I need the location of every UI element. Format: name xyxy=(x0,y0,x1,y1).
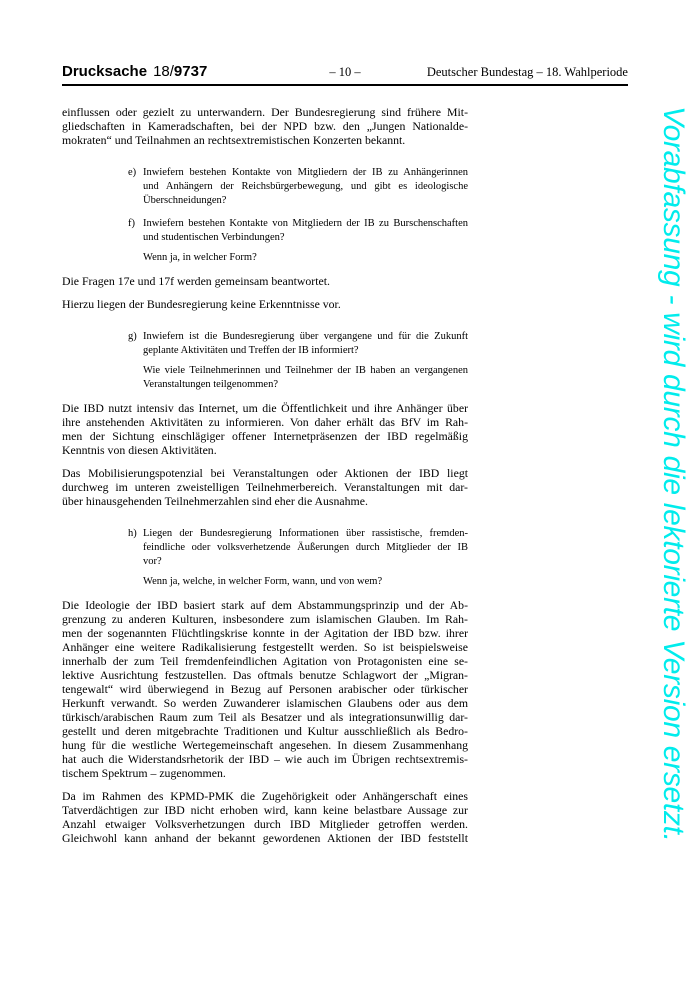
text-line: Wenn ja, in welcher Form? xyxy=(143,251,468,265)
question-body: Liegen der Bundesregierung Informationen… xyxy=(143,527,468,589)
text-line: vor? xyxy=(143,555,468,569)
question-paragraph: Liegen der Bundesregierung Informationen… xyxy=(143,527,468,569)
text-line: Kenntnis von diesen Aktivitäten. xyxy=(62,443,468,457)
text-line: geplante Aktivitäten und Treffen der IB … xyxy=(143,344,468,358)
document-page: Drucksache18/9737 – 10 – Deutscher Bunde… xyxy=(0,0,700,990)
body-paragraph: einflussen oder gezielt zu unterwandern.… xyxy=(62,105,468,147)
text-line: Die IBD nutzt intensiv das Internet, um … xyxy=(62,401,468,415)
question-paragraph: Inwiefern bestehen Kontakte von Mitglied… xyxy=(143,217,468,245)
text-line: Herkunft verwandt. So werden Zuwanderer … xyxy=(62,696,468,710)
text-line: Hierzu liegen der Bundesregierung keine … xyxy=(62,297,468,311)
question-paragraph: Wenn ja, in welcher Form? xyxy=(143,251,468,265)
text-line: feindliche oder volksverhetzende Äußerun… xyxy=(143,541,468,555)
question-paragraph: Inwiefern ist die Bundesregierung über v… xyxy=(143,330,468,358)
page-header: Drucksache18/9737 – 10 – Deutscher Bunde… xyxy=(62,62,628,86)
question-label: e) xyxy=(128,166,143,208)
document-body: einflussen oder gezielt zu unterwandern.… xyxy=(62,105,468,854)
text-line: Überschneidungen? xyxy=(143,194,468,208)
text-line: Inwiefern ist die Bundesregierung über v… xyxy=(143,330,468,344)
body-paragraph: Da im Rahmen des KPMD-PMK die Zugehörigk… xyxy=(62,789,468,845)
text-line: gestellt und deren mitgebrachte Traditio… xyxy=(62,724,468,738)
text-line: Die Fragen 17e und 17f werden gemeinsam … xyxy=(62,274,468,288)
text-line: durchweg im unteren zweistelligen Teilne… xyxy=(62,480,468,494)
text-line: Da im Rahmen des KPMD-PMK die Zugehörigk… xyxy=(62,789,468,803)
body-paragraph: Die Fragen 17e und 17f werden gemeinsam … xyxy=(62,274,468,288)
question-body: Inwiefern ist die Bundesregierung über v… xyxy=(143,330,468,392)
question-label: g) xyxy=(128,330,143,392)
text-line: Wie viele Teilnehmerinnen und Teilnehmer… xyxy=(143,364,468,378)
text-line: Das Mobilisierungspotenzial bei Veransta… xyxy=(62,466,468,480)
text-line: Anhänger eine weitere Radikalisierung fe… xyxy=(62,640,468,654)
text-line: innerhalb der zum Teil fremdenfeindliche… xyxy=(62,654,468,668)
text-line: einflussen oder gezielt zu unterwandern.… xyxy=(62,105,468,119)
text-line: men der Sichtung einschlägiger offener I… xyxy=(62,429,468,443)
text-line: türkisch/arabischen Raum zum Teil als Be… xyxy=(62,710,468,724)
question-body: Inwiefern bestehen Kontakte von Mitglied… xyxy=(143,217,468,265)
question-paragraph: Wie viele Teilnehmerinnen und Teilnehmer… xyxy=(143,364,468,392)
text-line: über hinausgehenden Teilnehmerzahlen sin… xyxy=(62,494,468,508)
body-paragraph: Hierzu liegen der Bundesregierung keine … xyxy=(62,297,468,311)
question-item: e)Inwiefern bestehen Kontakte von Mitgli… xyxy=(128,166,468,208)
text-line: und Anhängern der Reichsbürgerbewegung, … xyxy=(143,180,468,194)
text-line: lektive Ausrichtung festzustellen. Das o… xyxy=(62,668,468,682)
text-line: Wenn ja, welche, in welcher Form, wann, … xyxy=(143,575,468,589)
text-line: gliedschaften in Kameradschaften, bei de… xyxy=(62,119,468,133)
parliament-header-label: Deutscher Bundestag – 18. Wahlperiode xyxy=(427,65,628,80)
question-paragraph: Inwiefern bestehen Kontakte von Mitglied… xyxy=(143,166,468,208)
watermark-vorabfassung: Vorabfassung - wird durch die lektoriert… xyxy=(656,106,690,842)
text-line: grenzung zu anderen Kulturen, insbesonde… xyxy=(62,612,468,626)
text-line: und studentischen Verbindungen? xyxy=(143,231,468,245)
text-line: Die Ideologie der IBD basiert stark auf … xyxy=(62,598,468,612)
text-line: Tatverdächtigen zur IBD nicht erhoben wi… xyxy=(62,803,468,817)
body-paragraph: Die Ideologie der IBD basiert stark auf … xyxy=(62,598,468,780)
question-label: h) xyxy=(128,527,143,589)
question-body: Inwiefern bestehen Kontakte von Mitglied… xyxy=(143,166,468,208)
text-line: men der sogenannten Flüchtlingskrise kon… xyxy=(62,626,468,640)
body-paragraph: Die IBD nutzt intensiv das Internet, um … xyxy=(62,401,468,457)
question-item: h)Liegen der Bundesregierung Information… xyxy=(128,527,468,589)
text-line: tengewalt“ wird überwiegend in Bezug auf… xyxy=(62,682,468,696)
question-item: f)Inwiefern bestehen Kontakte von Mitgli… xyxy=(128,217,468,265)
question-paragraph: Wenn ja, welche, in welcher Form, wann, … xyxy=(143,575,468,589)
text-line: hat auch die Widerstandsrhetorik der IBD… xyxy=(62,752,468,766)
text-line: Gleichwohl kann anhand der bekannt gewor… xyxy=(62,831,468,845)
text-line: Liegen der Bundesregierung Informationen… xyxy=(143,527,468,541)
text-line: ihre anstehenden Aktivitäten zu informie… xyxy=(62,415,468,429)
text-line: Inwiefern bestehen Kontakte von Mitglied… xyxy=(143,166,468,180)
text-line: tischem Spektrum – zugenommen. xyxy=(62,766,468,780)
text-line: Anzahl etwaiger Volksverhetzungen durch … xyxy=(62,817,468,831)
text-line: Veranstaltungen teilgenommen? xyxy=(143,378,468,392)
body-paragraph: Das Mobilisierungspotenzial bei Veransta… xyxy=(62,466,468,508)
question-item: g)Inwiefern ist die Bundesregierung über… xyxy=(128,330,468,392)
text-line: mokraten“ und Teilnahmen an rechtsextrem… xyxy=(62,133,468,147)
text-line: hung für die westliche Wertegemeinschaft… xyxy=(62,738,468,752)
text-line: Inwiefern bestehen Kontakte von Mitglied… xyxy=(143,217,468,231)
question-label: f) xyxy=(128,217,143,265)
